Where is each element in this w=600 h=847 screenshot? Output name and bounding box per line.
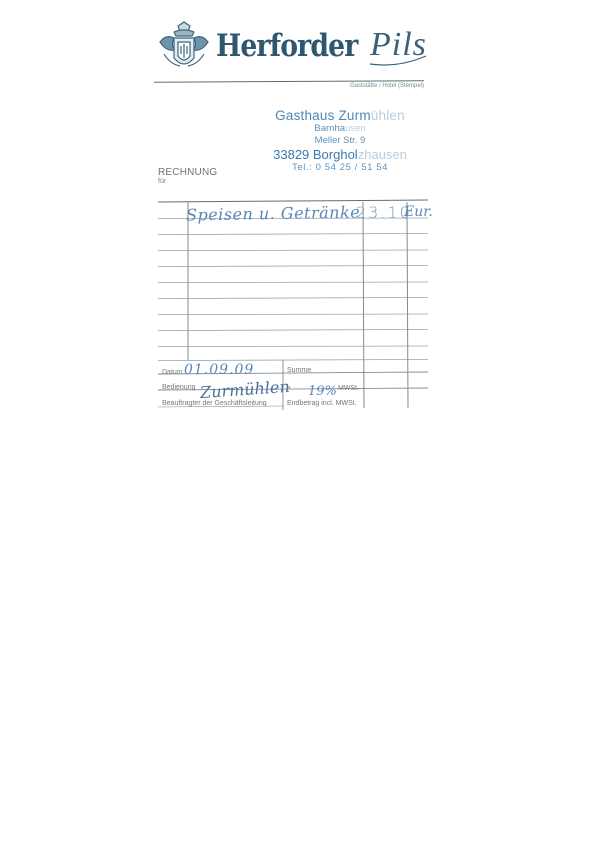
vat-rate: 19% [308,384,337,399]
vat-prefix: + [287,385,291,392]
sum-label: Summe [287,367,311,374]
date-value: 01.09.09 [184,362,254,378]
line-item-description: Speisen u. Getränke [186,202,360,224]
service-label: Bedienung [162,384,195,391]
vat-label: MWSt. [338,385,359,392]
line-item-currency: Eur. [404,204,433,220]
date-label: Datum [162,369,183,376]
receipt-document: Herforder Pils Gaststätte / Hotel (Stemp… [150,14,440,414]
authorized-label: Beauftragter der Geschäftsleitung [162,400,267,407]
total-label: Endbetrag incl. MWSt. [287,400,357,407]
